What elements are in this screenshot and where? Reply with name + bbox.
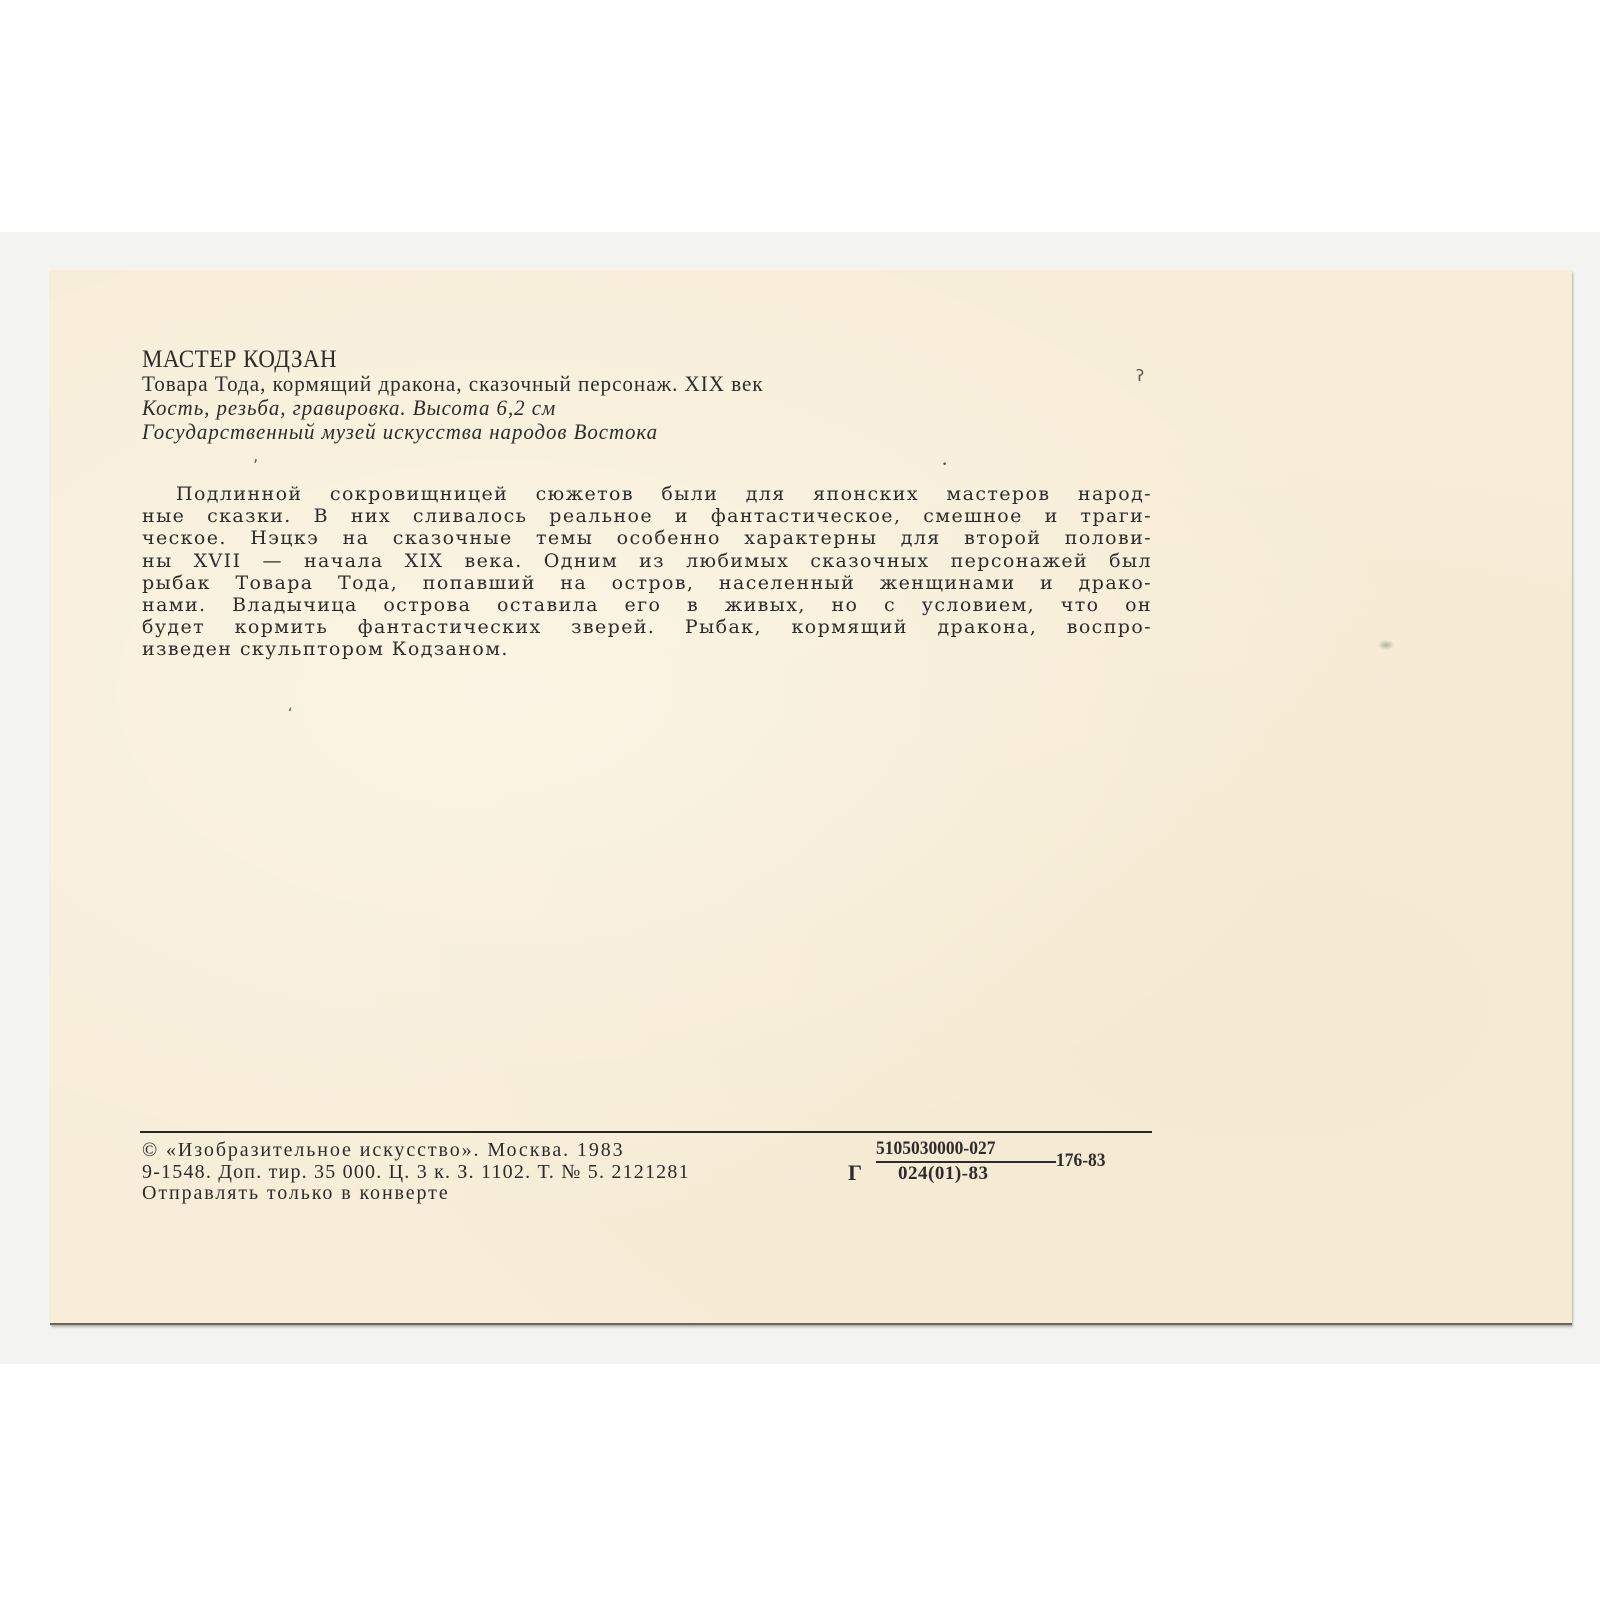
stray-mark: ʻ [288, 706, 292, 722]
paragraph-line: ные сказки. В них сливалось реальное и ф… [142, 505, 1152, 527]
paragraph-line: изведен скульптором Кодзаном. [142, 638, 1152, 660]
artist-title: МАСТЕР КОДЗАН [142, 348, 738, 372]
paper-smudge [1378, 640, 1394, 650]
print-info-line: 9-1548. Доп. тир. 35 000. Ц. 3 к. З. 110… [142, 1162, 690, 1184]
description-paragraph: Подлинной сокровищницей сюжетов были для… [142, 483, 1152, 661]
paragraph-line: ны XVII — начала XIX века. Одним из люби… [142, 550, 1152, 572]
artwork-material: Кость, резьба, гравировка. Высота 6,2 см [142, 396, 757, 420]
artwork-subtitle: Товара Тода, кормящий дракона, сказочный… [142, 372, 764, 396]
publisher-imprint: © «Изобразительное искусство». Москва. 1… [142, 1140, 690, 1205]
stray-mark: ʔ [1136, 366, 1144, 385]
stray-mark: ʼ [253, 456, 258, 475]
code-suffix: 176-83 [1056, 1150, 1106, 1172]
code-numerator: 5105030000-027 [876, 1138, 995, 1160]
copyright-line: © «Изобразительное искусство». Москва. 1… [142, 1140, 690, 1162]
postcard-back: МАСТЕР КОДЗАН Товара Тода, кормящий драк… [50, 270, 1572, 1325]
code-denominator: 024(01)-83 [898, 1163, 988, 1185]
imprint-separator [140, 1131, 1152, 1133]
code-prefix: Г [848, 1160, 862, 1186]
stray-mark: • [942, 460, 947, 470]
paragraph-line: рыбак Товара Тода, попавший на остров, н… [142, 572, 1152, 594]
paragraph-line: нами. Владычица острова оставила его в ж… [142, 594, 1152, 616]
artwork-museum: Государственный музей искусства народов … [142, 420, 757, 444]
paragraph-line: ческое. Нэцкэ на сказочные темы особенно… [142, 527, 1152, 549]
artwork-caption: МАСТЕР КОДЗАН Товара Тода, кормящий драк… [142, 348, 789, 444]
mailing-note: Отправлять только в конверте [142, 1183, 690, 1205]
paragraph-line: будет кормить фантастических зверей. Рыб… [142, 616, 1152, 638]
paragraph-line: Подлинной сокровищницей сюжетов были для… [142, 483, 1152, 505]
